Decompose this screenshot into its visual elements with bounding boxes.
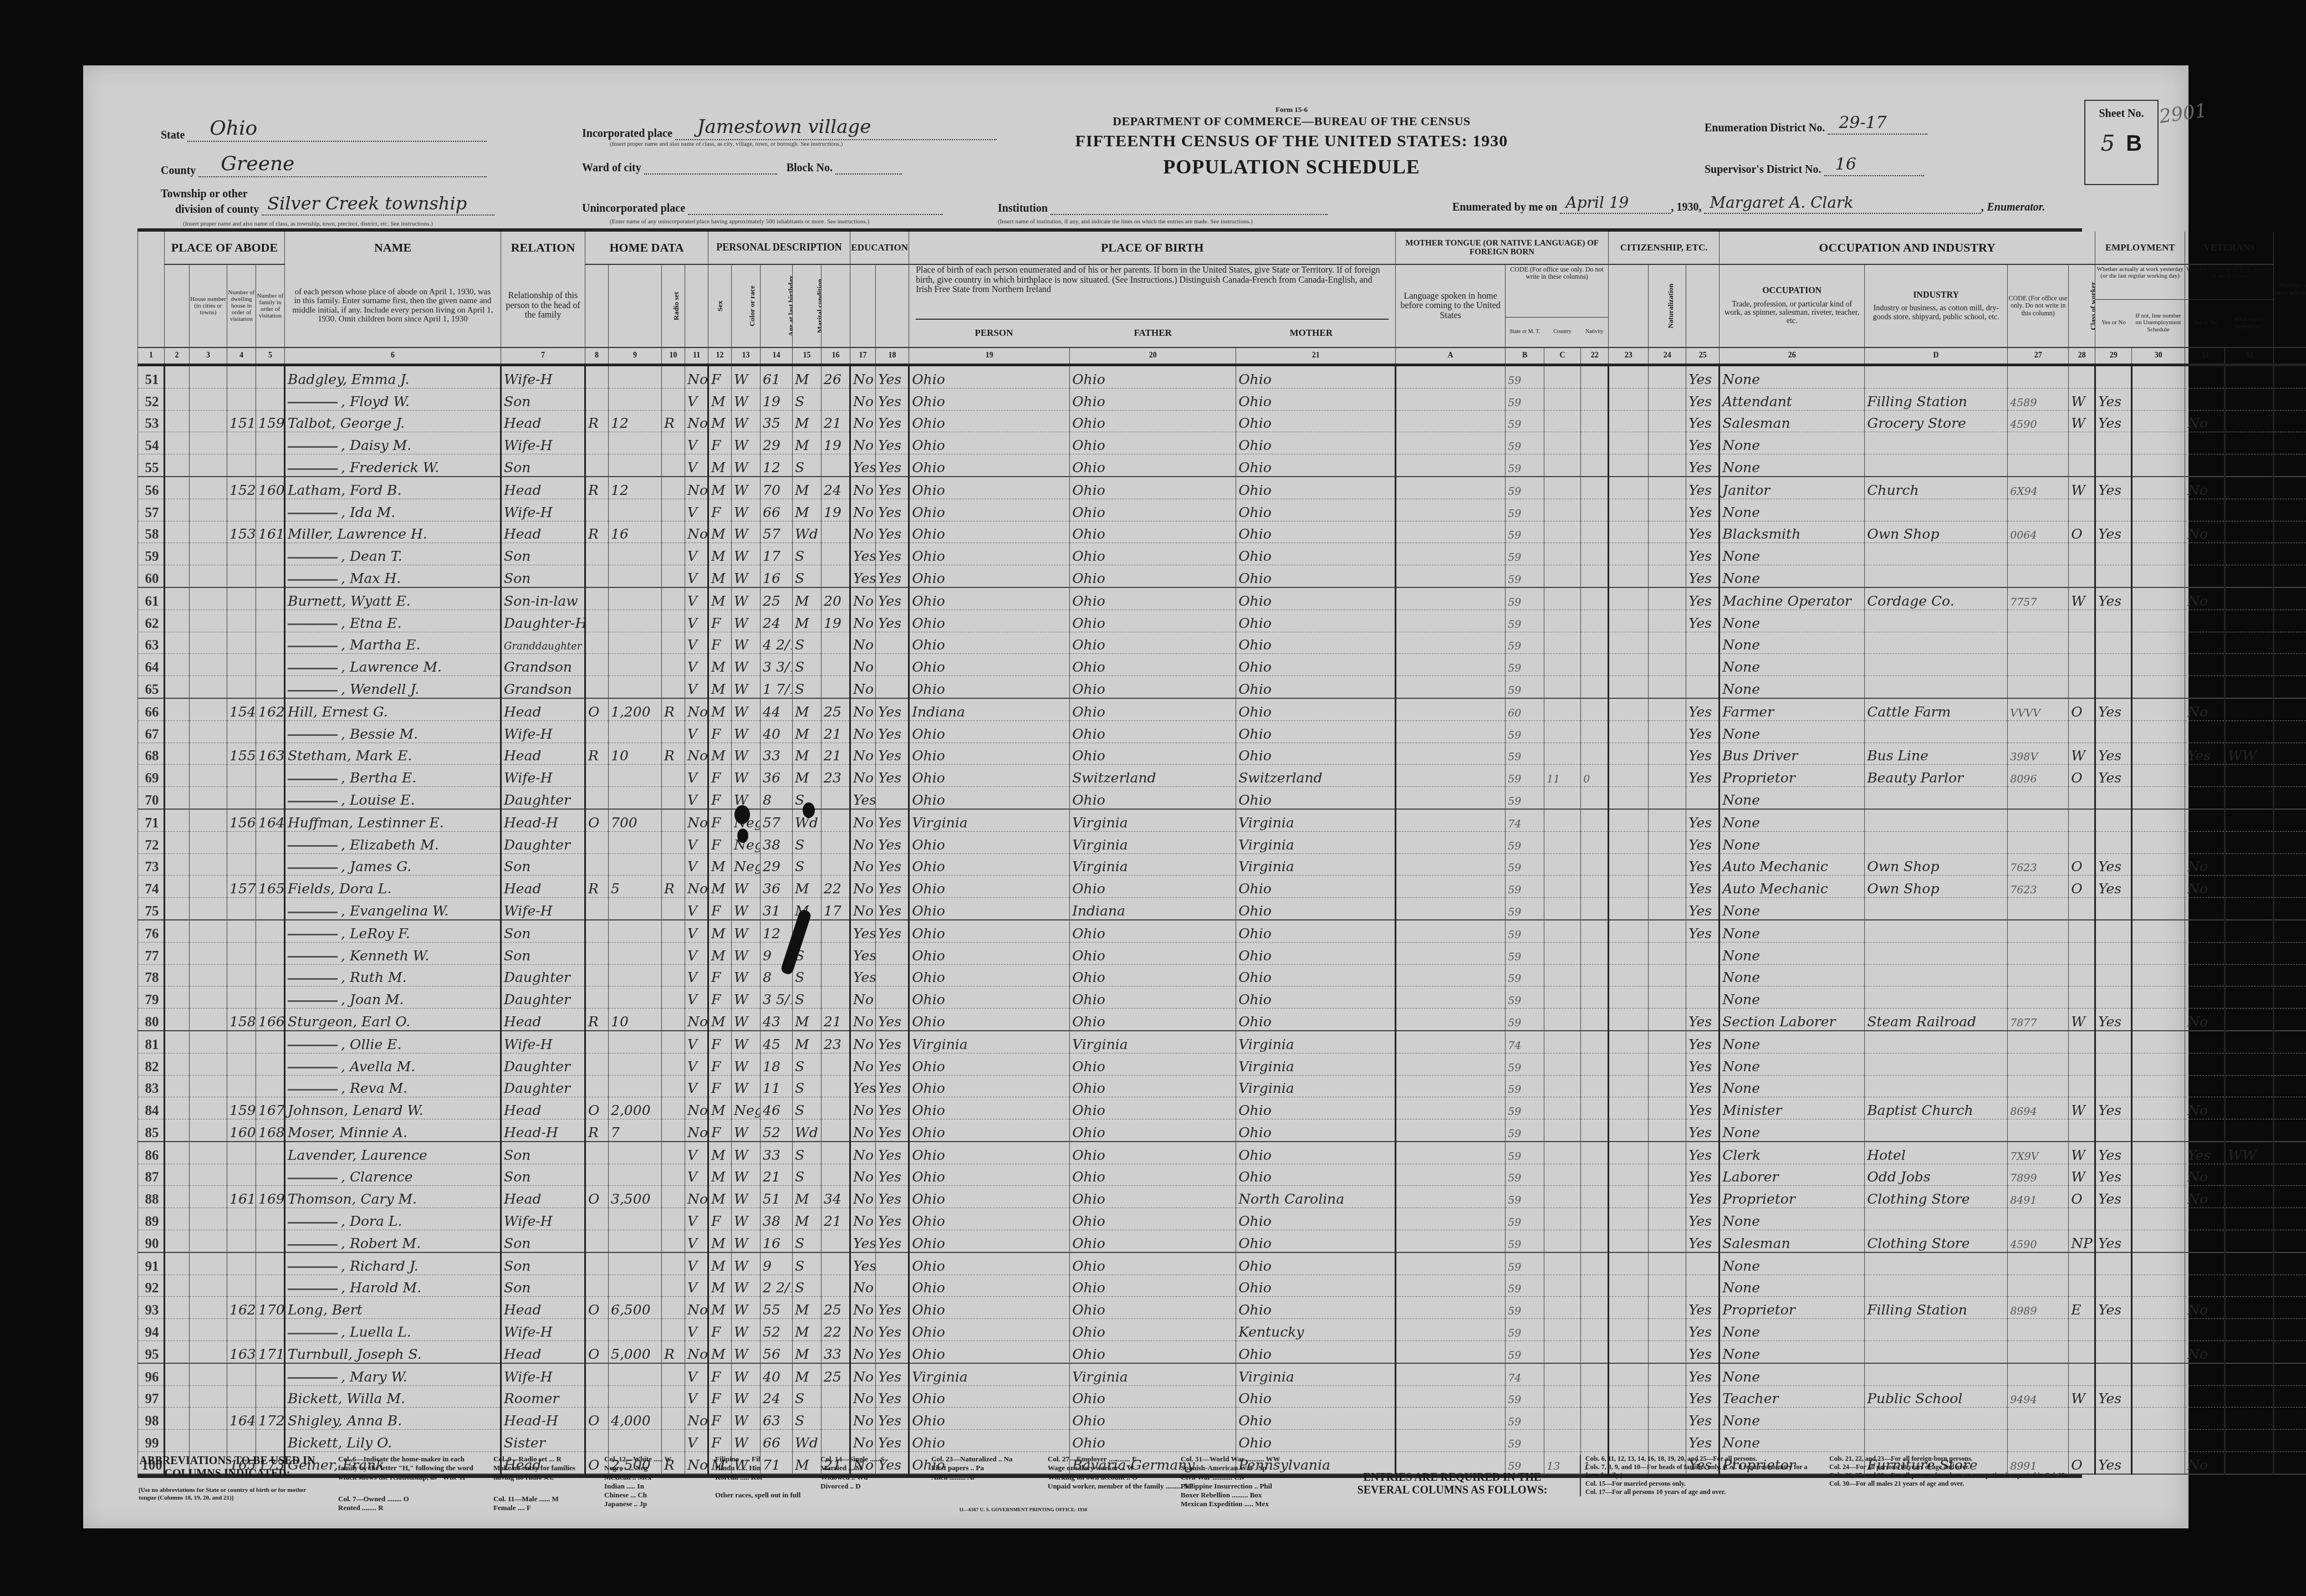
name-cell: , Louise E. <box>285 787 501 809</box>
column-number: 4 <box>227 347 256 365</box>
given-name: Lawrence M. <box>350 659 442 675</box>
code-a-cell: 59 <box>1506 986 1544 1009</box>
age-first-marriage-cell: 26 <box>822 365 850 388</box>
sheet-number-box: Sheet No. 5 B <box>2084 100 2159 185</box>
immigration-year-cell <box>1609 388 1649 410</box>
table-row: 81, Ollie E.Wife-HVFW45M23NoYesVirginiaV… <box>138 1031 2306 1053</box>
table-row: 60, Max H.SonVMW16SYesYesOhioOhioOhio59Y… <box>138 565 2306 587</box>
code-b-cell <box>1544 1186 1581 1208</box>
farm-schedule-cell <box>2274 1075 2306 1097</box>
war-cell <box>2225 565 2274 587</box>
occupation-cell: None <box>1720 1363 1865 1385</box>
code-c-cell <box>1581 1363 1609 1385</box>
language-cell <box>1396 1363 1506 1385</box>
at-work-cell <box>2095 942 2132 964</box>
dwelling-number-cell <box>227 587 256 610</box>
table-row: 92, Harold M.SonVMW2 2/12SNoOhioOhioOhio… <box>138 1275 2306 1297</box>
code-c-cell <box>1581 720 1609 743</box>
immigration-year-cell <box>1609 1142 1649 1164</box>
age-first-marriage-cell <box>822 831 850 853</box>
marital-cell: S <box>793 964 822 986</box>
naturalization-cell <box>1649 1363 1686 1385</box>
sex-cell: M <box>708 676 732 698</box>
family-number-cell <box>256 986 285 1009</box>
unemployment-line-cell <box>2132 1075 2185 1097</box>
radio-cell: R <box>662 743 685 765</box>
occupation-code-cell: 4589 <box>2008 388 2069 410</box>
col11-note: Col. 11—Male ...... M Female .... F <box>493 1495 559 1513</box>
column-number: 7 <box>501 347 585 365</box>
age-first-marriage-cell <box>822 986 850 1009</box>
farm-schedule-cell <box>2274 1031 2306 1053</box>
incorporated-place-field: Incorporated place Jamestown village <box>582 125 997 140</box>
speak-english-cell: Yes <box>1686 432 1720 454</box>
relation-cell: Wife-H <box>501 499 585 521</box>
unemployment-line-cell <box>2132 1186 2185 1208</box>
house-number-cell <box>190 1053 227 1075</box>
naturalization-cell <box>1649 1297 1686 1319</box>
radio-cell <box>662 1363 685 1385</box>
occupation-code-cell <box>2008 1053 2069 1075</box>
farm-schedule-cell <box>2274 543 2306 565</box>
house-number-cell <box>190 432 227 454</box>
war-cell <box>2225 920 2274 942</box>
street-cell <box>165 432 190 454</box>
family-number-cell <box>256 1363 285 1385</box>
language-cell <box>1396 853 1506 876</box>
naturalization-cell <box>1649 1408 1686 1430</box>
unemployment-line-cell <box>2132 432 2185 454</box>
occupation-cell: None <box>1720 365 1865 388</box>
marital-cell: M <box>793 587 822 610</box>
industry-cell <box>1865 676 2008 698</box>
veteran-cell: No <box>2185 1341 2225 1363</box>
read-write-cell <box>876 654 909 676</box>
language-cell <box>1396 743 1506 765</box>
code-a-cell: 59 <box>1506 521 1544 543</box>
class-of-worker-cell: O <box>2069 1186 2095 1208</box>
race-cell: W <box>732 388 761 410</box>
radio-cell <box>662 1252 685 1275</box>
relation-cell: Sister <box>501 1430 585 1452</box>
code-c-cell <box>1581 499 1609 521</box>
line-number: 88 <box>138 1186 165 1208</box>
race-cell: W <box>732 499 761 521</box>
personal-description-header: PERSONAL DESCRIPTION <box>708 232 850 264</box>
naturalization-cell <box>1649 942 1686 964</box>
column-number: 25 <box>1686 347 1720 365</box>
farm-cell: No <box>685 1009 708 1031</box>
farm-schedule-header: Number of farm schedule <box>2274 232 2306 347</box>
war-cell <box>2225 1230 2274 1252</box>
school-cell: No <box>850 587 876 610</box>
farm-cell: V <box>685 1075 708 1097</box>
war-cell <box>2225 698 2274 720</box>
dwelling-number-cell <box>227 1230 256 1252</box>
war-cell <box>2225 410 2274 432</box>
dwelling-number-cell <box>227 1142 256 1164</box>
farm-schedule-cell <box>2274 1341 2306 1363</box>
code-a-cell: 74 <box>1506 1031 1544 1053</box>
speak-english-cell: Yes <box>1686 1363 1720 1385</box>
county-label: County <box>161 165 196 177</box>
race-cell: W <box>732 1275 761 1297</box>
farm-cell: V <box>685 1053 708 1075</box>
code-b-cell <box>1544 521 1581 543</box>
marital-cell: S <box>793 1252 822 1275</box>
language-cell <box>1396 986 1506 1009</box>
sex-cell: F <box>708 898 732 920</box>
birthplace-father-cell: Ohio <box>1070 1275 1236 1297</box>
home-owned-cell: O <box>585 1186 609 1208</box>
family-number-header: Number of family in order of visitation <box>256 264 285 347</box>
radio-cell <box>662 610 685 632</box>
code-a-cell: 59 <box>1506 853 1544 876</box>
industry-cell <box>1865 809 2008 831</box>
line-number: 69 <box>138 765 165 787</box>
unemployment-line-cell <box>2132 920 2185 942</box>
sex-cell: F <box>708 964 732 986</box>
speak-english-cell: Yes <box>1686 876 1720 898</box>
sex-cell: M <box>708 521 732 543</box>
marital-cell: M <box>793 876 822 898</box>
code-a-cell: 59 <box>1506 831 1544 853</box>
home-owned-cell <box>585 1319 609 1341</box>
birthplace-mother-cell: Ohio <box>1236 743 1396 765</box>
radio-cell <box>662 1408 685 1430</box>
race-cell: W <box>732 1031 761 1053</box>
industry-cell: Baptist Church <box>1865 1097 2008 1119</box>
immigration-year-cell <box>1609 765 1649 787</box>
occupation-cell: Proprietor <box>1720 1186 1865 1208</box>
family-number-cell <box>256 853 285 876</box>
sex-cell: F <box>708 1385 732 1408</box>
col6-note: Col. 6—Indicate the home-maker in each f… <box>338 1455 477 1482</box>
occupation-code-cell: 8694 <box>2008 1097 2069 1119</box>
code-a-cell: 59 <box>1506 632 1544 654</box>
house-number-cell <box>190 1319 227 1341</box>
occupation-cell: Section Laborer <box>1720 1009 1865 1031</box>
code-b-cell <box>1544 1208 1581 1230</box>
age-first-marriage-cell <box>822 1119 850 1142</box>
farm-cell: V <box>685 499 708 521</box>
war-cell <box>2225 853 2274 876</box>
read-write-cell <box>876 676 909 698</box>
birthplace-mother-cell: Ohio <box>1236 1009 1396 1031</box>
surname: Miller <box>288 526 329 542</box>
marital-cell: S <box>793 1385 822 1408</box>
code-c-cell <box>1581 1164 1609 1186</box>
sex-cell: M <box>708 1275 732 1297</box>
farm-cell: V <box>685 632 708 654</box>
class-of-worker-cell: O <box>2069 876 2095 898</box>
table-row: 77, Kenneth W.SonVMW9SYesOhioOhioOhio59N… <box>138 942 2306 964</box>
farm-schedule-cell <box>2274 365 2306 388</box>
radio-header: Radio set <box>662 264 685 347</box>
birthplace-mother-cell: Ohio <box>1236 787 1396 809</box>
birthplace-mother-cell: Ohio <box>1236 676 1396 698</box>
relation-cell: Wife-H <box>501 898 585 920</box>
class-of-worker-cell: W <box>2069 587 2095 610</box>
occupation-cell: None <box>1720 1208 1865 1230</box>
farm-cell: V <box>685 964 708 986</box>
immigration-year-cell <box>1609 986 1649 1009</box>
table-row: 55, Frederick W.SonVMW12SYesYesOhioOhioO… <box>138 454 2306 477</box>
column-number <box>2274 347 2306 365</box>
birthplace-father-cell: Virginia <box>1070 1031 1236 1053</box>
ditto-mark <box>288 845 338 847</box>
naturalization-cell <box>1649 964 1686 986</box>
read-write-cell: Yes <box>876 1363 909 1385</box>
family-number-cell: 159 <box>256 410 285 432</box>
ditto-mark <box>288 668 338 669</box>
school-cell: No <box>850 853 876 876</box>
age-first-marriage-cell <box>822 1230 850 1252</box>
war-cell <box>2225 787 2274 809</box>
table-row: 57, Ida M.Wife-HVFW66M19NoYesOhioOhioOhi… <box>138 499 2306 521</box>
line-number: 66 <box>138 698 165 720</box>
marital-cell: M <box>793 1208 822 1230</box>
birthplace-mother-cell: Ohio <box>1236 1297 1396 1319</box>
radio-cell <box>662 1031 685 1053</box>
occupation-cell: None <box>1720 454 1865 477</box>
read-write-cell: Yes <box>876 876 909 898</box>
family-number-cell <box>256 543 285 565</box>
birthplace-father-cell: Ohio <box>1070 1053 1236 1075</box>
industry-cell <box>1865 942 2008 964</box>
industry-cell <box>1865 565 2008 587</box>
war-cell <box>2225 365 2274 388</box>
line-number: 51 <box>138 365 165 388</box>
table-row: 56152160Latham, Ford B.HeadR12NoMW70M24N… <box>138 477 2306 499</box>
immigration-year-cell <box>1609 1119 1649 1142</box>
school-cell: Yes <box>850 1252 876 1275</box>
code-c-cell <box>1581 698 1609 720</box>
family-number-cell <box>256 831 285 853</box>
relation-cell: Head <box>501 410 585 432</box>
line-number: 82 <box>138 1053 165 1075</box>
age-first-marriage-cell <box>822 787 850 809</box>
code-c-cell <box>1581 964 1609 986</box>
radio-cell <box>662 1053 685 1075</box>
unemployment-line-cell <box>2132 454 2185 477</box>
speak-english-cell: Yes <box>1686 720 1720 743</box>
relation-cell: Son <box>501 565 585 587</box>
speak-english-cell: Yes <box>1686 809 1720 831</box>
farm-schedule-cell <box>2274 787 2306 809</box>
unemployment-line-cell <box>2132 477 2185 499</box>
street-cell <box>165 1009 190 1031</box>
race-cell: W <box>732 698 761 720</box>
surname: Huffman <box>288 815 349 831</box>
school-cell: No <box>850 365 876 388</box>
occupation-code-cell <box>2008 565 2069 587</box>
relation-cell: Wife-H <box>501 720 585 743</box>
immigration-year-cell <box>1609 787 1649 809</box>
given-name: Lenard W. <box>353 1102 424 1118</box>
code-b-cell <box>1544 986 1581 1009</box>
marital-cell: S <box>793 543 822 565</box>
code-a-cell: 59 <box>1506 654 1544 676</box>
sex-cell: F <box>708 720 732 743</box>
home-owned-cell <box>585 964 609 986</box>
institution-label: Institution <box>998 202 1048 214</box>
veteran-cell <box>2185 1408 2225 1430</box>
age-cell: 29 <box>761 853 793 876</box>
race-cell: W <box>732 1208 761 1230</box>
age-first-marriage-cell <box>822 964 850 986</box>
class-of-worker-cell: E <box>2069 1297 2095 1319</box>
birthplace-mother-cell: Ohio <box>1236 1208 1396 1230</box>
school-cell: No <box>850 1319 876 1341</box>
war-cell <box>2225 543 2274 565</box>
birthplace-father-cell: Ohio <box>1070 1186 1236 1208</box>
ditto-mark <box>288 1089 338 1091</box>
code-b-cell <box>1544 898 1581 920</box>
street-cell <box>165 720 190 743</box>
industry-cell: Clothing Store <box>1865 1186 2008 1208</box>
birthplace-person-cell: Ohio <box>909 499 1070 521</box>
speak-english-cell: Yes <box>1686 521 1720 543</box>
radio-cell <box>662 1208 685 1230</box>
table-row: 65, Wendell J.GrandsonVMW1 7/12SNoOhioOh… <box>138 676 2306 698</box>
ditto-mark <box>288 513 338 514</box>
occupation-code-cell: 6X94 <box>2008 477 2069 499</box>
street-cell <box>165 365 190 388</box>
class-of-worker-cell <box>2069 1275 2095 1297</box>
naturalization-cell <box>1649 898 1686 920</box>
occupation-code-cell <box>2008 1252 2069 1275</box>
home-value-cell <box>609 1164 662 1186</box>
immigration-year-cell <box>1609 1031 1649 1053</box>
radio-cell <box>662 765 685 787</box>
language-cell <box>1396 610 1506 632</box>
marital-cell: S <box>793 831 822 853</box>
dwelling-number-cell <box>227 986 256 1009</box>
code-a-cell: 59 <box>1506 1252 1544 1275</box>
immigration-year-cell <box>1609 1363 1649 1385</box>
occupation-cell: None <box>1720 809 1865 831</box>
line-number: 86 <box>138 1142 165 1164</box>
county-value: Greene <box>221 152 294 175</box>
line-number: 59 <box>138 543 165 565</box>
column-number: D <box>1865 347 2008 365</box>
birthplace-father-cell: Ohio <box>1070 1430 1236 1452</box>
veteran-cell <box>2185 720 2225 743</box>
birthplace-person-cell: Ohio <box>909 942 1070 964</box>
age-first-marriage-cell: 23 <box>822 1031 850 1053</box>
table-row: 72, Elizabeth M.DaughterVFNeg38SNoYesOhi… <box>138 831 2306 853</box>
naturalization-cell <box>1649 1031 1686 1053</box>
col31-note: Col. 31—World War .......... WW Spanish-… <box>1181 1455 1280 1509</box>
veteran-cell <box>2185 964 2225 986</box>
house-number-cell <box>190 986 227 1009</box>
race-header: Color or race <box>732 264 761 347</box>
age-cell: 2 2/12 <box>761 1275 793 1297</box>
naturalization-cell <box>1649 1119 1686 1142</box>
school-cell: No <box>850 1430 876 1452</box>
code-c-cell <box>1581 853 1609 876</box>
immigration-year-cell <box>1609 1385 1649 1408</box>
war-cell <box>2225 831 2274 853</box>
occupation-cell: None <box>1720 632 1865 654</box>
speak-english-cell: Yes <box>1686 1009 1720 1031</box>
line-number: 90 <box>138 1230 165 1252</box>
column-number: 19 <box>909 347 1070 365</box>
family-number-cell <box>256 454 285 477</box>
institution-value <box>1050 203 1328 215</box>
veteran-cell: No <box>2185 587 2225 610</box>
birthplace-person-cell: Ohio <box>909 454 1070 477</box>
occupation-cell: None <box>1720 720 1865 743</box>
code-a-cell: 59 <box>1506 720 1544 743</box>
ditto-mark <box>288 1067 338 1068</box>
house-number-cell <box>190 898 227 920</box>
street-cell <box>165 964 190 986</box>
age-first-marriage-cell: 21 <box>822 1009 850 1031</box>
birthplace-father-cell: Ohio <box>1070 432 1236 454</box>
family-number-cell <box>256 1164 285 1186</box>
race-cell: W <box>732 1319 761 1341</box>
street-cell <box>165 1297 190 1319</box>
immigration-year-cell <box>1609 853 1649 876</box>
veteran-cell: No <box>2185 1186 2225 1208</box>
home-value-cell: 7 <box>609 1119 662 1142</box>
birthplace-mother-cell: Switzerland <box>1236 765 1396 787</box>
age-cell: 24 <box>761 1385 793 1408</box>
age-header: Age at last birthday <box>761 264 793 347</box>
farm-schedule-cell <box>2274 676 2306 698</box>
column-number: 17 <box>850 347 876 365</box>
name-cell: Huffman, Lestinner E. <box>285 809 501 831</box>
occupation-cell: None <box>1720 654 1865 676</box>
family-number-cell <box>256 1252 285 1275</box>
occupation-cell: None <box>1720 942 1865 964</box>
code-c-cell <box>1581 1208 1609 1230</box>
school-cell: No <box>850 1208 876 1230</box>
occupation-code-cell <box>2008 1319 2069 1341</box>
code-c-cell <box>1581 676 1609 698</box>
dwelling-number-cell: 151 <box>227 410 256 432</box>
birthplace-mother-cell: Ohio <box>1236 610 1396 632</box>
read-write-cell: Yes <box>876 1031 909 1053</box>
birthplace-father-cell: Ohio <box>1070 365 1236 388</box>
code-a-cell: 59 <box>1506 1164 1544 1186</box>
line-number: 80 <box>138 1009 165 1031</box>
race-cell: W <box>732 365 761 388</box>
age-cell: 12 <box>761 454 793 477</box>
class-of-worker-cell: W <box>2069 743 2095 765</box>
line-number: 55 <box>138 454 165 477</box>
school-cell: No <box>850 765 876 787</box>
marital-cell: M <box>793 410 822 432</box>
street-cell <box>165 1186 190 1208</box>
read-write-cell: Yes <box>876 454 909 477</box>
given-name: Joseph S. <box>357 1346 422 1362</box>
sex-cell: F <box>708 1408 732 1430</box>
name-cell: , Ollie E. <box>285 1031 501 1053</box>
family-number-cell <box>256 610 285 632</box>
age-first-marriage-cell <box>822 543 850 565</box>
birthplace-person-cell: Ohio <box>909 1408 1070 1430</box>
war-cell <box>2225 876 2274 898</box>
radio-cell <box>662 1009 685 1031</box>
occupation-code-cell: 9494 <box>2008 1385 2069 1408</box>
relation-cell: Daughter <box>501 1053 585 1075</box>
veteran-cell: No <box>2185 853 2225 876</box>
marital-cell: S <box>793 632 822 654</box>
street-cell <box>165 809 190 831</box>
